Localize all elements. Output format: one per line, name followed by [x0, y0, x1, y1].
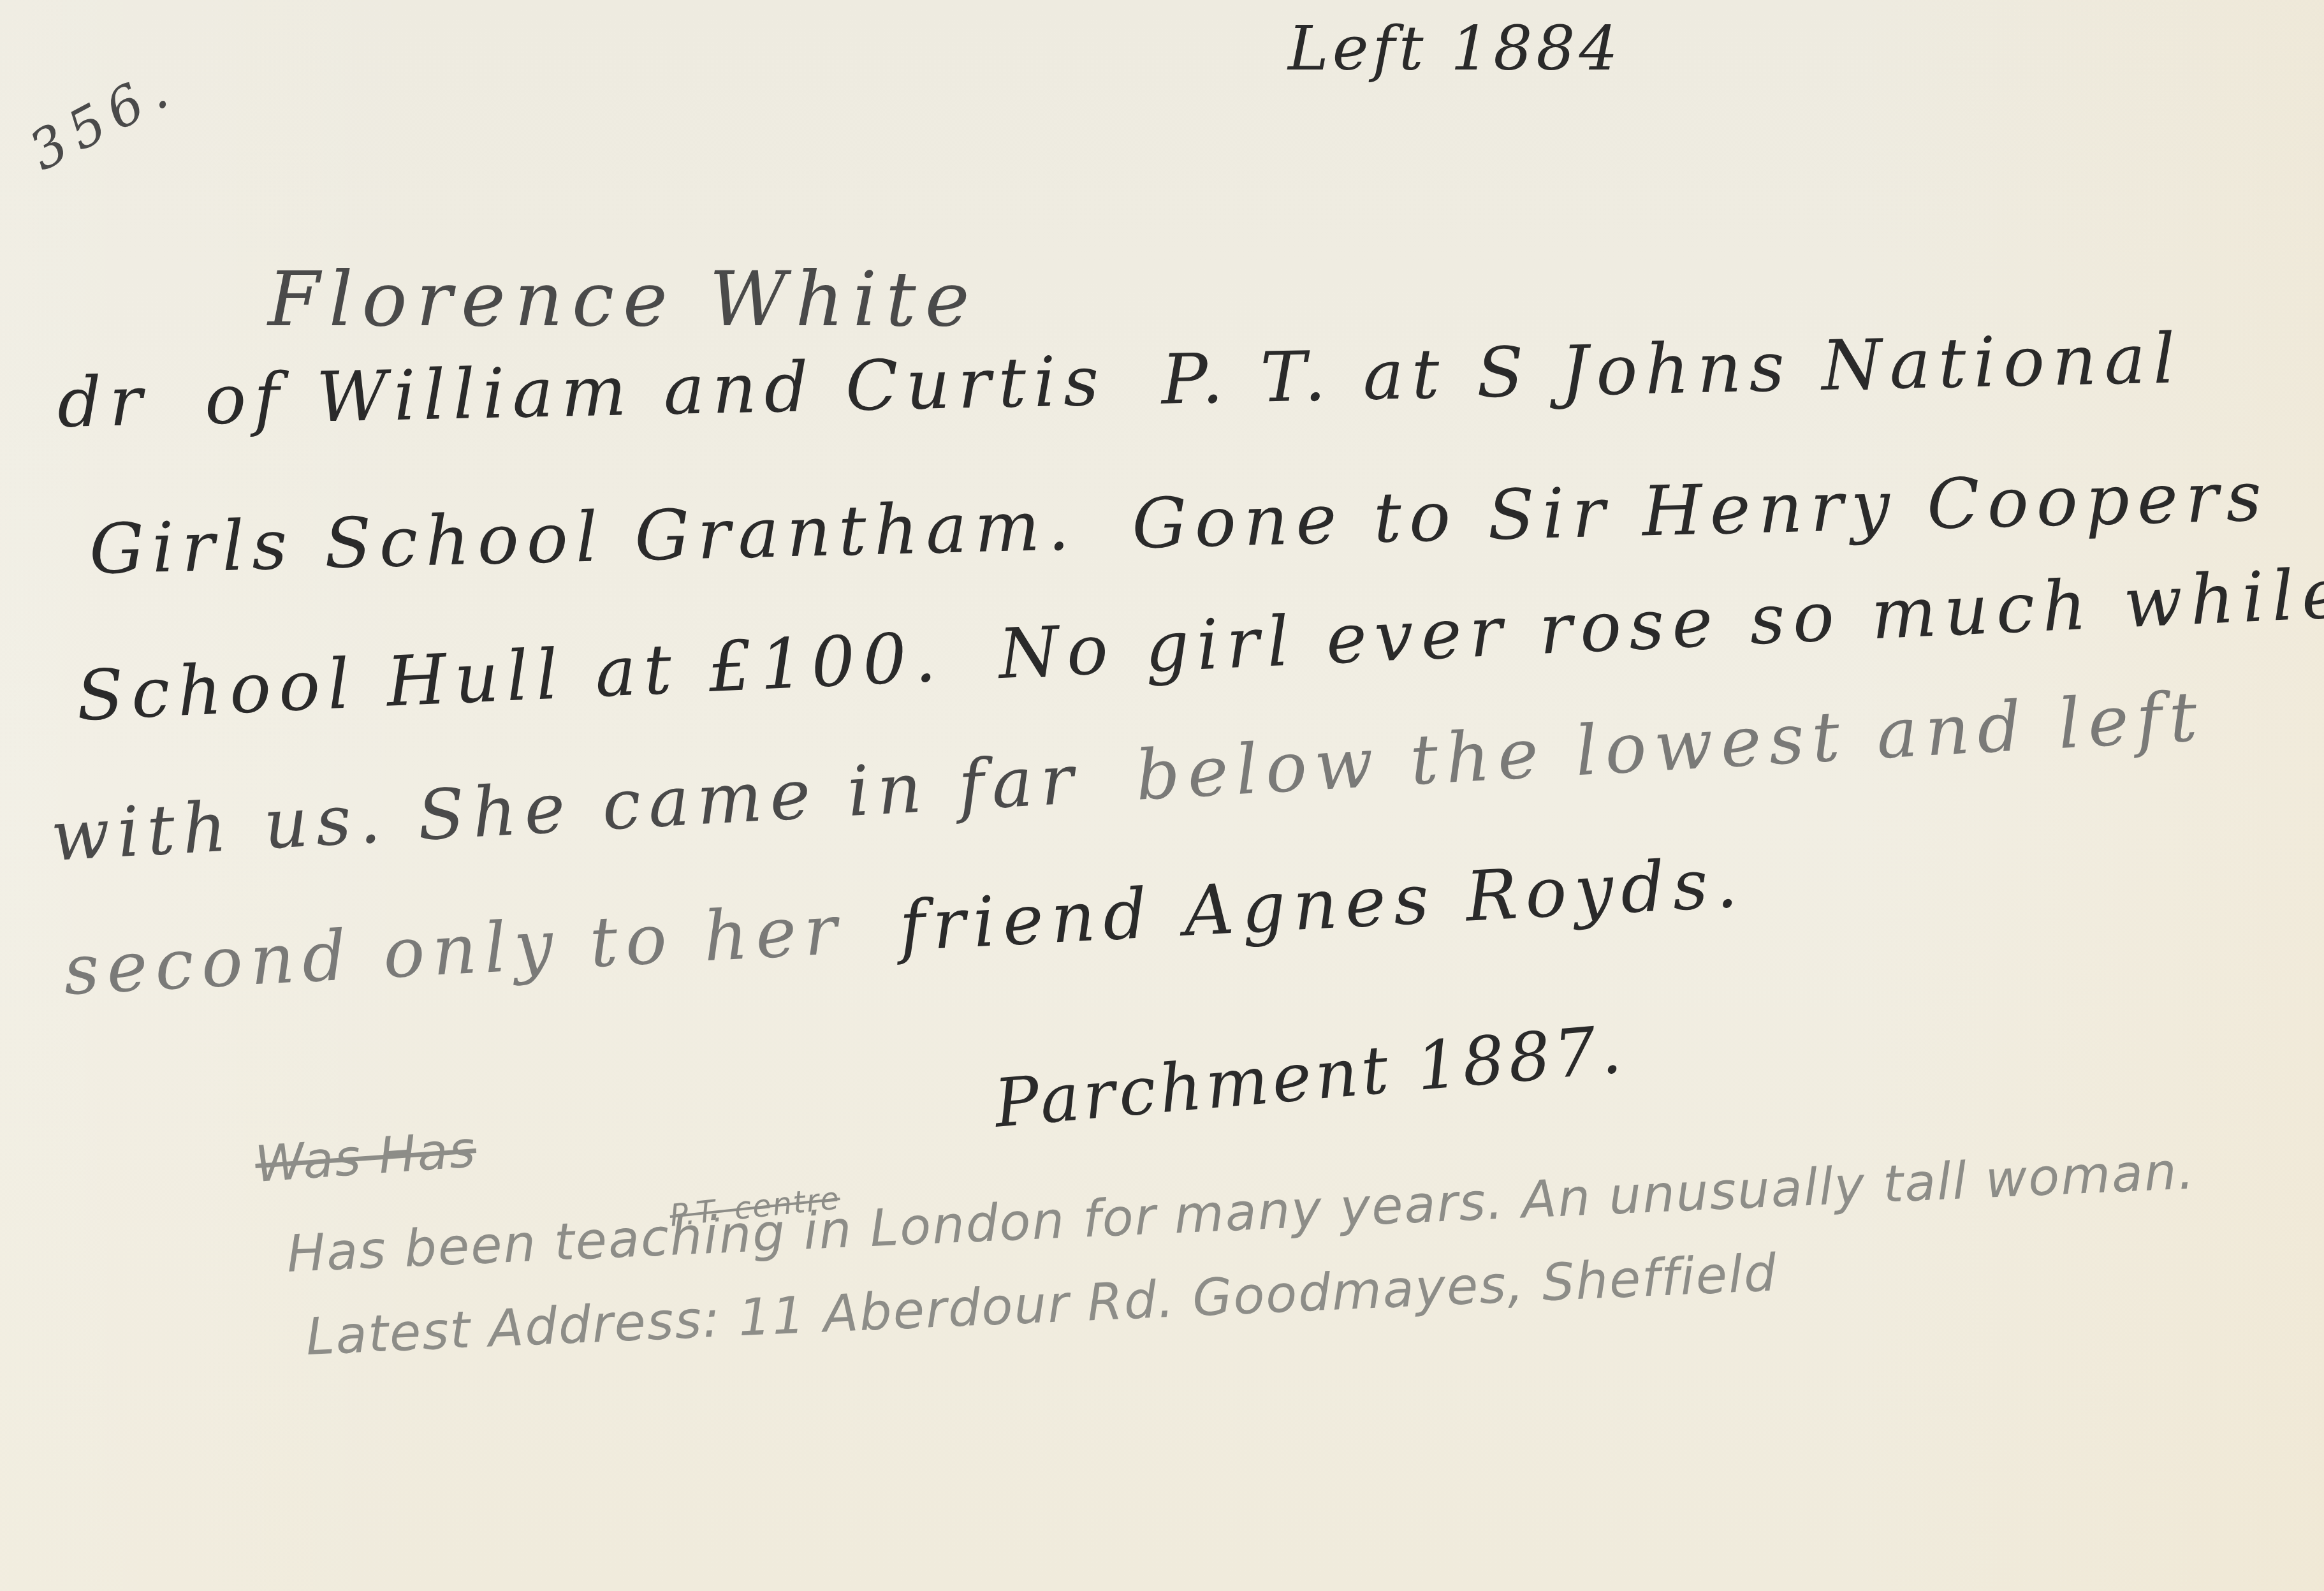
crossed-out-note: Was Has [253, 1121, 478, 1194]
entry-line-2: Girls School Grantham. Gone to Sir Henry… [88, 457, 2270, 590]
entry-line-1-part-1: dr [57, 362, 150, 443]
pencil-note-career: Has been teaching in London for many yea… [286, 1141, 2196, 1284]
entry-line-1-part-3: P. T. at S Johns National [1160, 319, 2184, 420]
student-name: Florence White [268, 255, 979, 343]
entry-line-2-part-2: Gone to Sir Henry Coopers [1131, 457, 2270, 564]
entry-line-3-part-2: No girl ever rose so much while [997, 554, 2324, 694]
entry-line-5: second only to her friend Agnes Royds. [62, 843, 1747, 1011]
entry-line-1-part-2: of William and Curtis [204, 342, 1107, 441]
entry-number: 356. [19, 55, 186, 183]
entry-line-4-part-1: with us. She came in far [49, 740, 1083, 877]
parchment-date: Parchment 1887. [991, 1010, 1628, 1143]
entry-line-5-part-1: second only to her [62, 890, 847, 1011]
entry-line-5-part-2: friend Agnes Royds. [897, 843, 1746, 967]
entry-line-4-part-2: below the lowest and left [1134, 677, 2207, 816]
register-page: 356. Left 1884 Florence White dr of Will… [0, 0, 2324, 1591]
entry-line-3-part-1: School Hull at £100. [75, 617, 946, 737]
left-date: Left 1884 [1288, 13, 1622, 84]
entry-line-2-part-1: Girls School Grantham. [88, 486, 1078, 590]
